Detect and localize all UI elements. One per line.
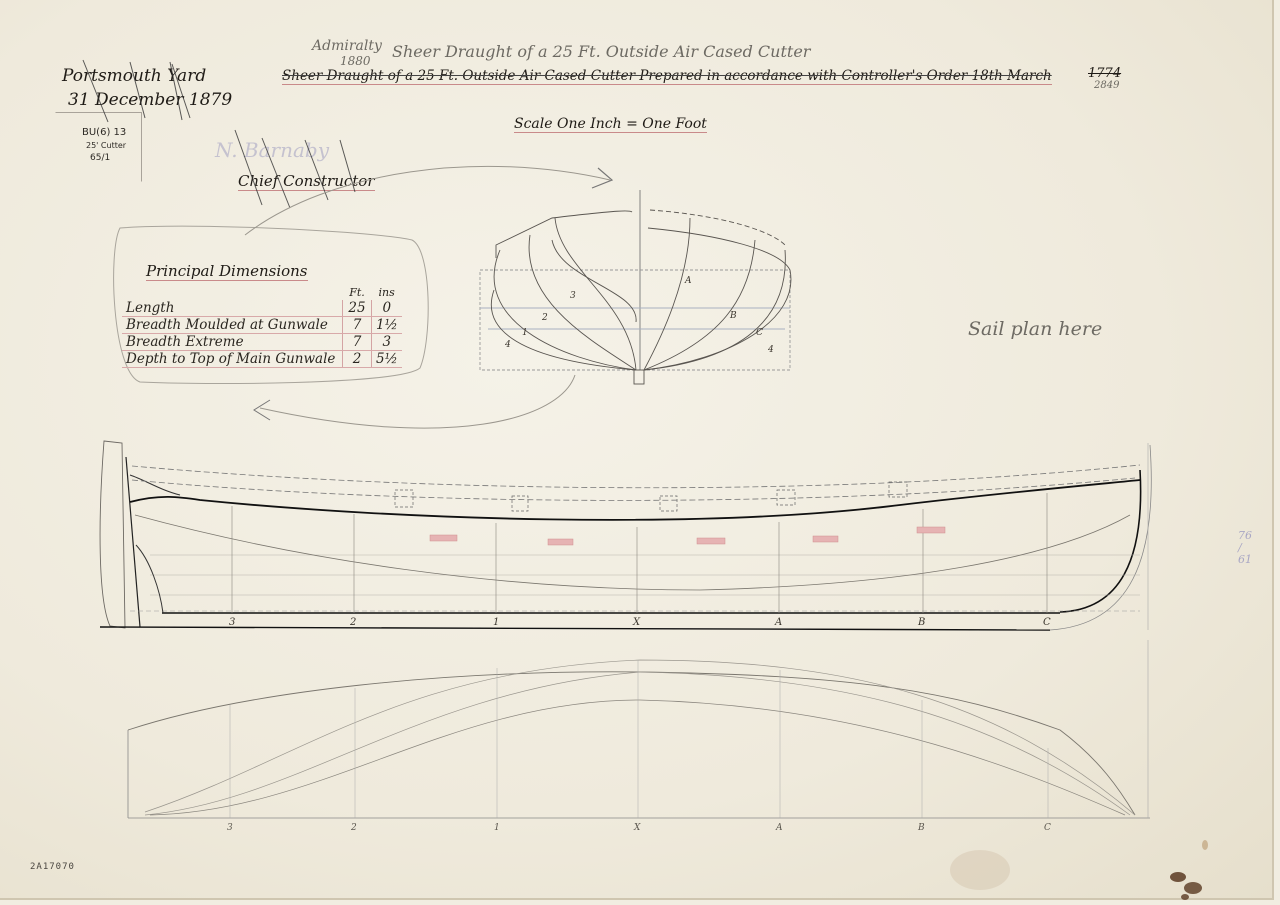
dimensions-table: Ft. ins Length 25 0 Breadth Moulded at G… <box>122 285 402 368</box>
body-station-b: B <box>729 311 737 321</box>
body-station-3: 3 <box>570 291 576 301</box>
drawing-sheet: Portsmouth Yard 31 December 1879 Admiral… <box>0 0 1274 900</box>
col-ins: ins <box>372 285 402 300</box>
table-row: Length 25 0 <box>122 300 402 317</box>
half-station-3: 3 <box>227 823 233 833</box>
dim-label: Breadth Extreme <box>122 334 343 351</box>
table-row: Depth to Top of Main Gunwale 2 5½ <box>122 351 402 368</box>
ink-stains <box>950 840 1208 900</box>
dim-ft: 2 <box>343 351 372 368</box>
dim-label: Breadth Moulded at Gunwale <box>122 317 343 334</box>
half-station-x: X <box>633 823 641 833</box>
sheer-station-b: B <box>917 617 925 628</box>
sheer-plan <box>100 441 1151 630</box>
sheer-station-a: A <box>774 617 782 628</box>
dimensions-title: Principal Dimensions <box>146 262 308 281</box>
half-station-b: B <box>917 823 925 833</box>
table-row: Breadth Extreme 7 3 <box>122 334 402 351</box>
half-station-2: 2 <box>350 823 357 833</box>
body-station-2: 2 <box>541 313 548 323</box>
arrow-top <box>245 166 610 235</box>
sheer-station-3: 3 <box>229 617 235 628</box>
half-station-a: A <box>775 823 783 833</box>
sheer-station-x: X <box>632 617 641 628</box>
dim-ins: 0 <box>372 300 402 317</box>
dim-ft: 25 <box>343 300 372 317</box>
dim-ins: 5½ <box>372 351 402 368</box>
dim-ft: 7 <box>343 334 372 351</box>
arrow-bottom <box>260 375 575 428</box>
body-station-a: A <box>684 276 692 286</box>
body-station-4-left: 4 <box>504 340 511 350</box>
sheer-station-1: 1 <box>493 617 499 628</box>
half-station-1: 1 <box>494 823 500 833</box>
col-ft: Ft. <box>343 285 372 300</box>
dim-label: Depth to Top of Main Gunwale <box>122 351 343 368</box>
body-station-1: 1 <box>522 328 528 338</box>
strike-marks <box>83 60 355 208</box>
dim-label: Length <box>122 300 343 317</box>
half-breadth-plan <box>128 640 1150 818</box>
half-station-c: C <box>1044 823 1051 833</box>
dim-ins: 3 <box>372 334 402 351</box>
sheer-station-2: 2 <box>349 617 356 628</box>
dim-ft: 7 <box>343 317 372 334</box>
body-station-c: C <box>756 328 763 338</box>
body-station-4-right: 4 <box>767 345 774 355</box>
drawing-linework: 4 1 2 3 A B C 4 <box>0 0 1280 905</box>
table-row: Breadth Moulded at Gunwale 7 1½ <box>122 317 402 334</box>
body-plan <box>480 190 791 384</box>
dim-ins: 1½ <box>372 317 402 334</box>
sheer-station-c: C <box>1043 617 1051 628</box>
